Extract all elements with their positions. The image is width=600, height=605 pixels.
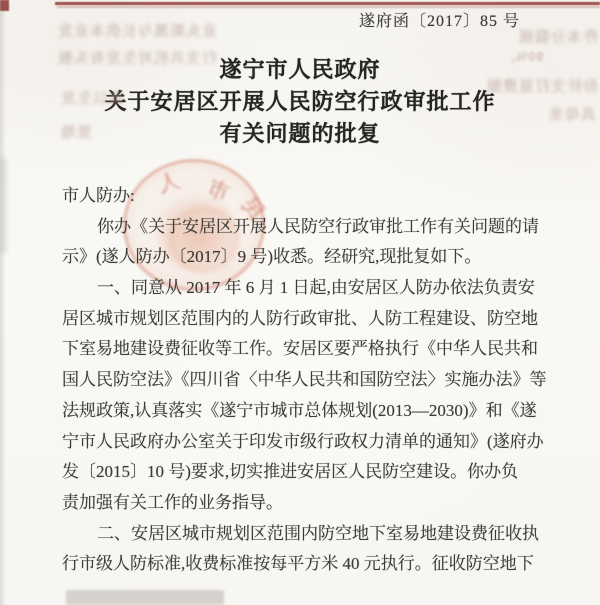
body-line: 二、安居区城市规划区范围内防空地下室易地建设费征收执 [62, 519, 544, 550]
doc-title: 遂宁市人民政府 关于安居区开展人民防空行政审批工作 有关问题的批复 [0, 54, 600, 150]
doc-number: 遂府函〔2017〕85 号 [359, 8, 520, 31]
bleedthrough-text: 件本分裂规 [518, 26, 598, 47]
body-line: 市人防办: [62, 181, 544, 212]
body-line: 一、同意从 2017 年 6 月 1 日起,由安居区人防办依法负责安 [62, 273, 544, 304]
header-rule [55, 2, 600, 5]
doc-title-line-2: 关于安居区开展人民防空行政审批工作 [0, 86, 600, 118]
body-line: 居区城市规划区范围内的人防行政审批、人防工程建设、防空地 [62, 304, 544, 335]
body-line: 下室易地建设费征收等工作。安居区要严格执行《中华人民共和 [62, 334, 544, 365]
body-line: 示》(遂人防办〔2017〕9 号)收悉。经研究,现批复如下。 [62, 242, 544, 273]
body-line: 你办《关于安居区开展人民防空行政审批工作有关问题的请 [62, 212, 544, 243]
scanned-document-page: 遂府函〔2017〕85 号 遂宁市人民政府 关于安居区开展人民防空行政审批工作 … [0, 0, 600, 605]
body-line: 法规政策,认真落实《遂宁市城市总体规划(2013—2030)》和《遂 [62, 396, 544, 427]
doc-title-line-1: 遂宁市人民政府 [0, 54, 600, 86]
doc-title-line-3: 有关问题的批复 [0, 118, 600, 150]
body-line: 宁市人民政府办公室关于印发市级行政权力清单的通知》(遂府办 [62, 427, 544, 458]
body-line: 行市级人防标准,收费标准按每平方米 40 元执行。征收防空地下 [62, 549, 544, 580]
body-line: 国人民防空法》《四川省〈中华人民共和国防空法〉实施办法》等 [62, 365, 544, 396]
corner-stamp-mark [0, 0, 9, 11]
bleedthrough-text: 业头斯黑与长供本业发 [57, 20, 217, 41]
body-line: 责加强有关工作的业务指导。 [62, 488, 544, 519]
bleedthrough-band [66, 590, 224, 605]
doc-body: 市人防办:你办《关于安居区开展人民防空行政审批工作有关问题的请示》(遂人防办〔2… [62, 181, 544, 580]
body-line: 发〔2015〕10 号)要求,切实推进安居区人民防空建设。你办负 [62, 457, 544, 488]
scan-smudge [0, 158, 7, 253]
